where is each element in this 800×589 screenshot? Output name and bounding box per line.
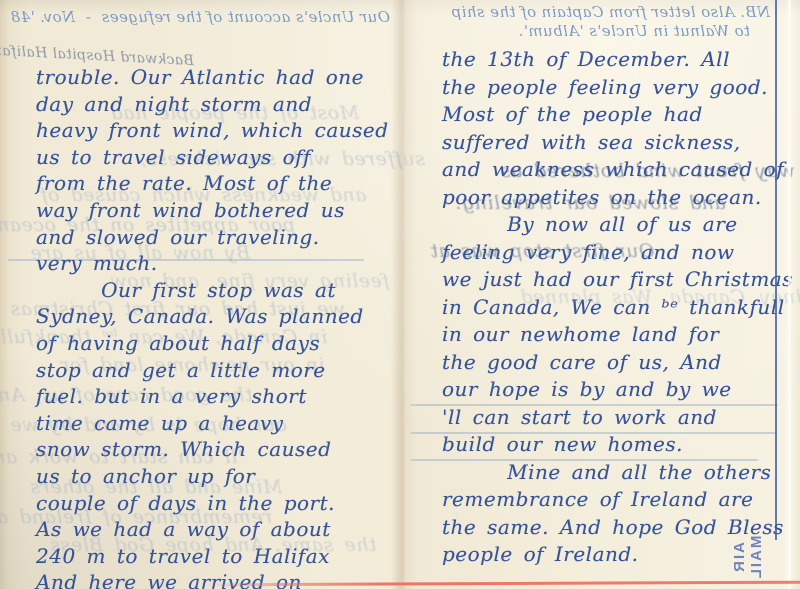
handwritten-line: time came up a heavy bbox=[36, 410, 416, 437]
handwritten-line: Our first stop was at bbox=[36, 277, 416, 304]
handwritten-line: suffered with sea sickness, bbox=[442, 129, 800, 157]
handwritten-line: poor appetites on the ocean. bbox=[442, 184, 800, 212]
handwritten-line: trouble. Our Atlantic had one bbox=[36, 64, 416, 91]
handwritten-line: day and night storm and bbox=[36, 91, 416, 118]
handwritten-line: stop and get a little more bbox=[36, 357, 416, 384]
handwritten-line: 240 m to travel to Halifax bbox=[36, 543, 416, 570]
handwritten-line: By now all of us are bbox=[442, 211, 800, 239]
top-right-note-ghost-line1: NB. Also letter from Captain of the ship bbox=[420, 3, 770, 21]
handwritten-line: of having about half days bbox=[36, 330, 416, 357]
handwritten-line: Mine and all the others bbox=[442, 459, 800, 487]
letter-scan: Our Uncle's account of the refugees - No… bbox=[0, 0, 800, 589]
airmail-word-mail: MAIL bbox=[748, 525, 765, 589]
handwritten-line: and slowed our traveling. bbox=[36, 224, 416, 251]
handwritten-line: the 13th of December. All bbox=[442, 46, 800, 74]
handwritten-line: remembrance of Ireland are bbox=[442, 486, 800, 514]
handwritten-line: way front wind bothered us bbox=[36, 197, 416, 224]
handwritten-line: feeling very fine, and now bbox=[442, 239, 800, 267]
handwritten-line: the people feeling very good. bbox=[442, 74, 800, 102]
letter-right-page: the 13th of December. Allthe people feel… bbox=[442, 46, 800, 569]
paper-edge-highlight bbox=[788, 0, 791, 589]
top-right-note-ghost-line2: to Walnut in Uncle's 'Album'. bbox=[450, 22, 750, 40]
fold-crease bbox=[392, 0, 418, 589]
handwritten-line: As we had a way of about bbox=[36, 516, 416, 543]
handwritten-line: our hope is by and by we bbox=[442, 376, 800, 404]
handwritten-line: in Canada, We can ᵇᵉ thankfull bbox=[442, 294, 800, 322]
handwritten-line: Most of the people had bbox=[442, 101, 800, 129]
handwritten-line: build our new homes. bbox=[442, 431, 800, 459]
letter-left-page: trouble. Our Atlantic had oneday and nig… bbox=[36, 64, 416, 589]
handwritten-line: we just had our first Christmas bbox=[442, 266, 800, 294]
handwritten-line: snow storm. Which caused bbox=[36, 436, 416, 463]
handwritten-line: very much. bbox=[36, 250, 416, 277]
handwritten-line: Sydney, Canada. Was planned bbox=[36, 303, 416, 330]
handwritten-line: in our newhome land for bbox=[442, 321, 800, 349]
margin-rule-line bbox=[775, 0, 777, 540]
handwritten-line: fuel. but in a very short bbox=[36, 383, 416, 410]
handwritten-line: us to anchor up for bbox=[36, 463, 416, 490]
airmail-stamp: AIR MAIL bbox=[731, 525, 791, 589]
airmail-word-air: AIR bbox=[731, 525, 748, 589]
handwritten-line: 'll can start to work and bbox=[442, 404, 800, 432]
handwritten-line: us to travel sideways off bbox=[36, 144, 416, 171]
handwritten-line: the good care of us, And bbox=[442, 349, 800, 377]
handwritten-line: from the rate. Most of the bbox=[36, 170, 416, 197]
handwritten-line: couple of days in the port. bbox=[36, 490, 416, 517]
handwritten-line: heavy front wind, which caused bbox=[36, 117, 416, 144]
handwritten-line: and weakness which caused of bbox=[442, 156, 800, 184]
top-left-note-ghost: Our Uncle's account of the refugees - No… bbox=[32, 8, 390, 26]
